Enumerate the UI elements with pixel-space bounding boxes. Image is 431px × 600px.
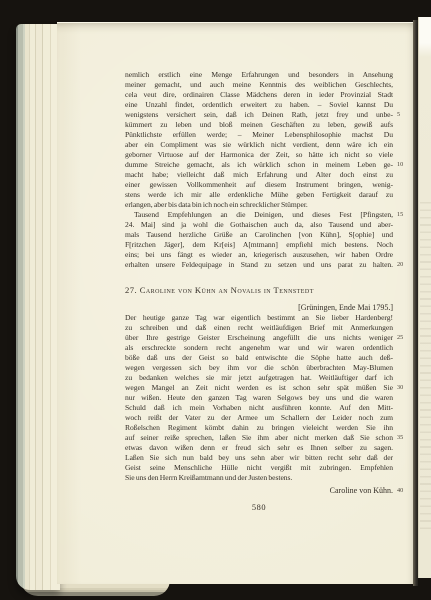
text-line: woch reißt der Vater zu der Armee um Sch… (125, 413, 393, 423)
text-line: Roßelschen Regiment kömbt dahin zu bring… (125, 423, 393, 433)
letter-signature: Caroline von Kühn. (125, 486, 393, 496)
text-line: erhalten unsere Feldequipage in Stand zu… (125, 260, 393, 270)
facing-page-edge (418, 17, 431, 578)
ghost-text (420, 202, 431, 532)
page-number: 580 (125, 503, 393, 513)
text-line: meiner gemacht, und auch meine Kenntnis … (125, 80, 393, 90)
text-line: wenigstens versichert sein, daß ich Dein… (125, 110, 393, 120)
letter-heading: 27. Caroline von Kühn an Novalis in Tenn… (125, 285, 393, 296)
previous-letter-paragraph: nemlich erstlich eine Menge Erfahrungen … (125, 70, 393, 270)
text-line: etwas davon wißen denn er freud sich seh… (125, 443, 393, 453)
text-line: zu bedanken welches sie mir jetzt aufget… (125, 373, 393, 383)
page-stack-left-edge (16, 24, 60, 590)
book-scan: nemlich erstlich eine Menge Erfahrungen … (0, 0, 431, 600)
text-line: 24. Mai] sind ja wohl die Gothaischen au… (125, 220, 393, 230)
text-line: Der heutige ganze Tag war eigentlich bes… (125, 313, 393, 323)
text-line: eine Unzahl findet, ordentlich erweitert… (125, 100, 393, 110)
text-line: Laßen Sie sich nun bald bey uns sehn abe… (125, 453, 393, 463)
text-line: wegen vergessen sich bey ihm vor die sch… (125, 363, 393, 373)
text-line: nemlich erstlich eine Menge Erfahrungen … (125, 70, 393, 80)
text-line: F[ritzchen Jäger], dem Kr[eis] A[mtmann]… (125, 240, 393, 250)
text-line: Schuld daß ich mein Vorhaben nicht ausfü… (125, 403, 393, 413)
text-line: dumme Streiche gemacht, als ich würklich… (125, 160, 393, 170)
text-line: eins; bei uns fängt es wieder an, kriege… (125, 250, 393, 260)
text-line: auf seiner reiße sprechen, laßen Sie ihm… (125, 433, 393, 443)
text-line: erlangen, aber bis data bin ich noch ein… (125, 200, 393, 210)
text-line: macht habe; vielleicht daß mich Erfahrun… (125, 170, 393, 180)
text-line: böße daß uns der Geist so bald entwischt… (125, 353, 393, 363)
text-line: cela veut dire, ordinairen Classe Mädche… (125, 90, 393, 100)
text-line: Tausend Empfehlungen an die Deinigen, un… (125, 210, 393, 220)
text-line: zu schreiben und daß einen recht weitläu… (125, 323, 393, 333)
text-line: mals Tausend herzliche Grüße an Carolinc… (125, 230, 393, 240)
text-line: nur wißen. Heute den ganzen Tag waren Se… (125, 393, 393, 403)
text-line: stens werde ich mir alle erdenkliche Müh… (125, 190, 393, 200)
text-line: kümmert zu leben und bloß meinen Geschäf… (125, 120, 393, 130)
text-line: Sie uns den Herrn Kreißamtmann und der J… (125, 473, 393, 483)
letter-dateline: [Grüningen, Ende Mai 1795.] (125, 303, 393, 313)
book-page: nemlich erstlich eine Menge Erfahrungen … (57, 22, 414, 584)
text-line: einer gewissen Vollkommenheit auf diesem… (125, 180, 393, 190)
text-line: geborner Virtuose auf der Harmonica der … (125, 150, 393, 160)
text-line: über Ihre gestrige Geister Erscheinung a… (125, 333, 393, 343)
text-line: als erschreckte sondern recht angenehm w… (125, 343, 393, 353)
text-line: Pünktlichste erfüllen werde; – Meiner Le… (125, 130, 393, 140)
text-line: Geist seine Menschliche Hülle nicht verg… (125, 463, 393, 473)
text-line: wegen Mangel an Zeit nicht werden es ist… (125, 383, 393, 393)
letter-body-paragraph: Der heutige ganze Tag war eigentlich bes… (125, 313, 393, 483)
text-line: aber ein Compliment was sie würklich nic… (125, 140, 393, 150)
